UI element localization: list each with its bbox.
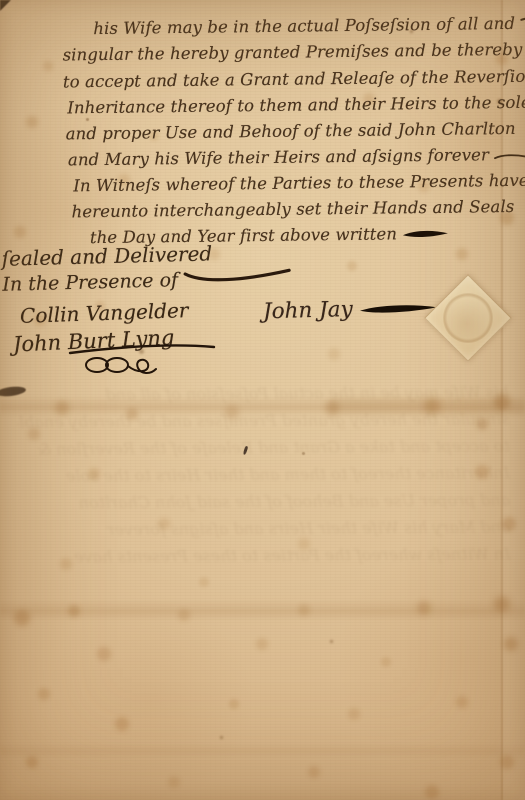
bleed-through-line: In Witneſs whereof the Parties to these … — [18, 540, 510, 570]
manuscript-line-text: his Wife may be in the actual Poſseſsion… — [93, 14, 515, 38]
john-jay-signature: John Jay — [263, 295, 440, 325]
bleed-through-line: and proper Use and Behoof of the said Jo… — [18, 486, 510, 516]
verso-bleed-through: his Wife may be in the actual Poſseſsion… — [17, 378, 510, 570]
manuscript-line-text: Inheritance thereof to them and their He… — [67, 93, 525, 118]
bleed-through-line: to accept and take a Grant and Releaſe o… — [18, 432, 510, 462]
bleed-through-line: Inheritance thereof to them and their He… — [18, 459, 510, 489]
signature-flourish — [68, 341, 218, 379]
attestation-block: ſealed and Delivered In the Presence of — [1, 239, 293, 296]
paper-wafer-seal — [424, 274, 512, 362]
pen-flourish — [520, 12, 525, 31]
pen-flourish — [494, 152, 525, 162]
pen-underline-flourish — [183, 265, 293, 288]
witness-signature-vangelder: Collin Vangelder — [20, 298, 189, 328]
age-toning-blotch — [40, 600, 260, 800]
manuscript-line: and Mary his Wife their Heirs and aſsign… — [68, 145, 525, 170]
corner-shadow — [0, 0, 11, 11]
manuscript-line: his Wife may be in the actual Poſseſsion… — [93, 12, 525, 38]
manuscript-line: In Witneſs whereof the Parties to these … — [73, 171, 525, 196]
ink-dash-flourish — [402, 227, 450, 242]
manuscript-line-text: singular the hereby granted Premiſses an… — [63, 39, 525, 64]
age-toning-blotch — [330, 540, 525, 780]
manuscript-line: singular the hereby granted Premiſses an… — [63, 39, 525, 64]
manuscript-line-text: and proper Use and Behoof of the said Jo… — [66, 119, 516, 143]
manuscript-line-text: hereunto interchangeably set their Hands… — [71, 197, 514, 221]
bleed-through-line: singular the hereby granted Premiſses an… — [18, 405, 510, 435]
john-jay-signature-text: John Jay — [263, 297, 353, 324]
foxing-dark-specks — [0, 0, 3, 3]
horizontal-fold-crease — [0, 600, 525, 620]
bleed-through-line: his Wife may be in the actual Poſseſsion… — [17, 378, 509, 408]
manuscript-line-text: and Mary his Wife their Heirs and aſsign… — [68, 145, 489, 169]
seal-embossed-ring — [433, 283, 504, 354]
manuscript-line: Inheritance thereof to them and their He… — [67, 93, 525, 118]
horizontal-fold-crease — [0, 744, 525, 758]
manuscript-page: his Wife may be in the actual Poſseſsion… — [0, 0, 525, 800]
manuscript-body: his Wife may be in the actual Poſseſsion… — [0, 0, 525, 3]
manuscript-line-text: In Witneſs whereof the Parties to these … — [73, 171, 525, 196]
foxing-stains — [0, 0, 8, 8]
attestation-line-2: In the Presence of — [2, 265, 293, 296]
manuscript-line-text: to accept and take a Grant and Releaſe o… — [63, 66, 525, 91]
bleed-through-line: and Mary his Wife their Heirs and aſsign… — [18, 513, 510, 543]
manuscript-line: hereunto interchangeably set their Hands… — [71, 197, 514, 221]
manuscript-line: to accept and take a Grant and Releaſe o… — [63, 66, 525, 91]
manuscript-line: and proper Use and Behoof of the said Jo… — [66, 119, 516, 143]
attestation-line-2-text: In the Presence of — [2, 269, 178, 296]
